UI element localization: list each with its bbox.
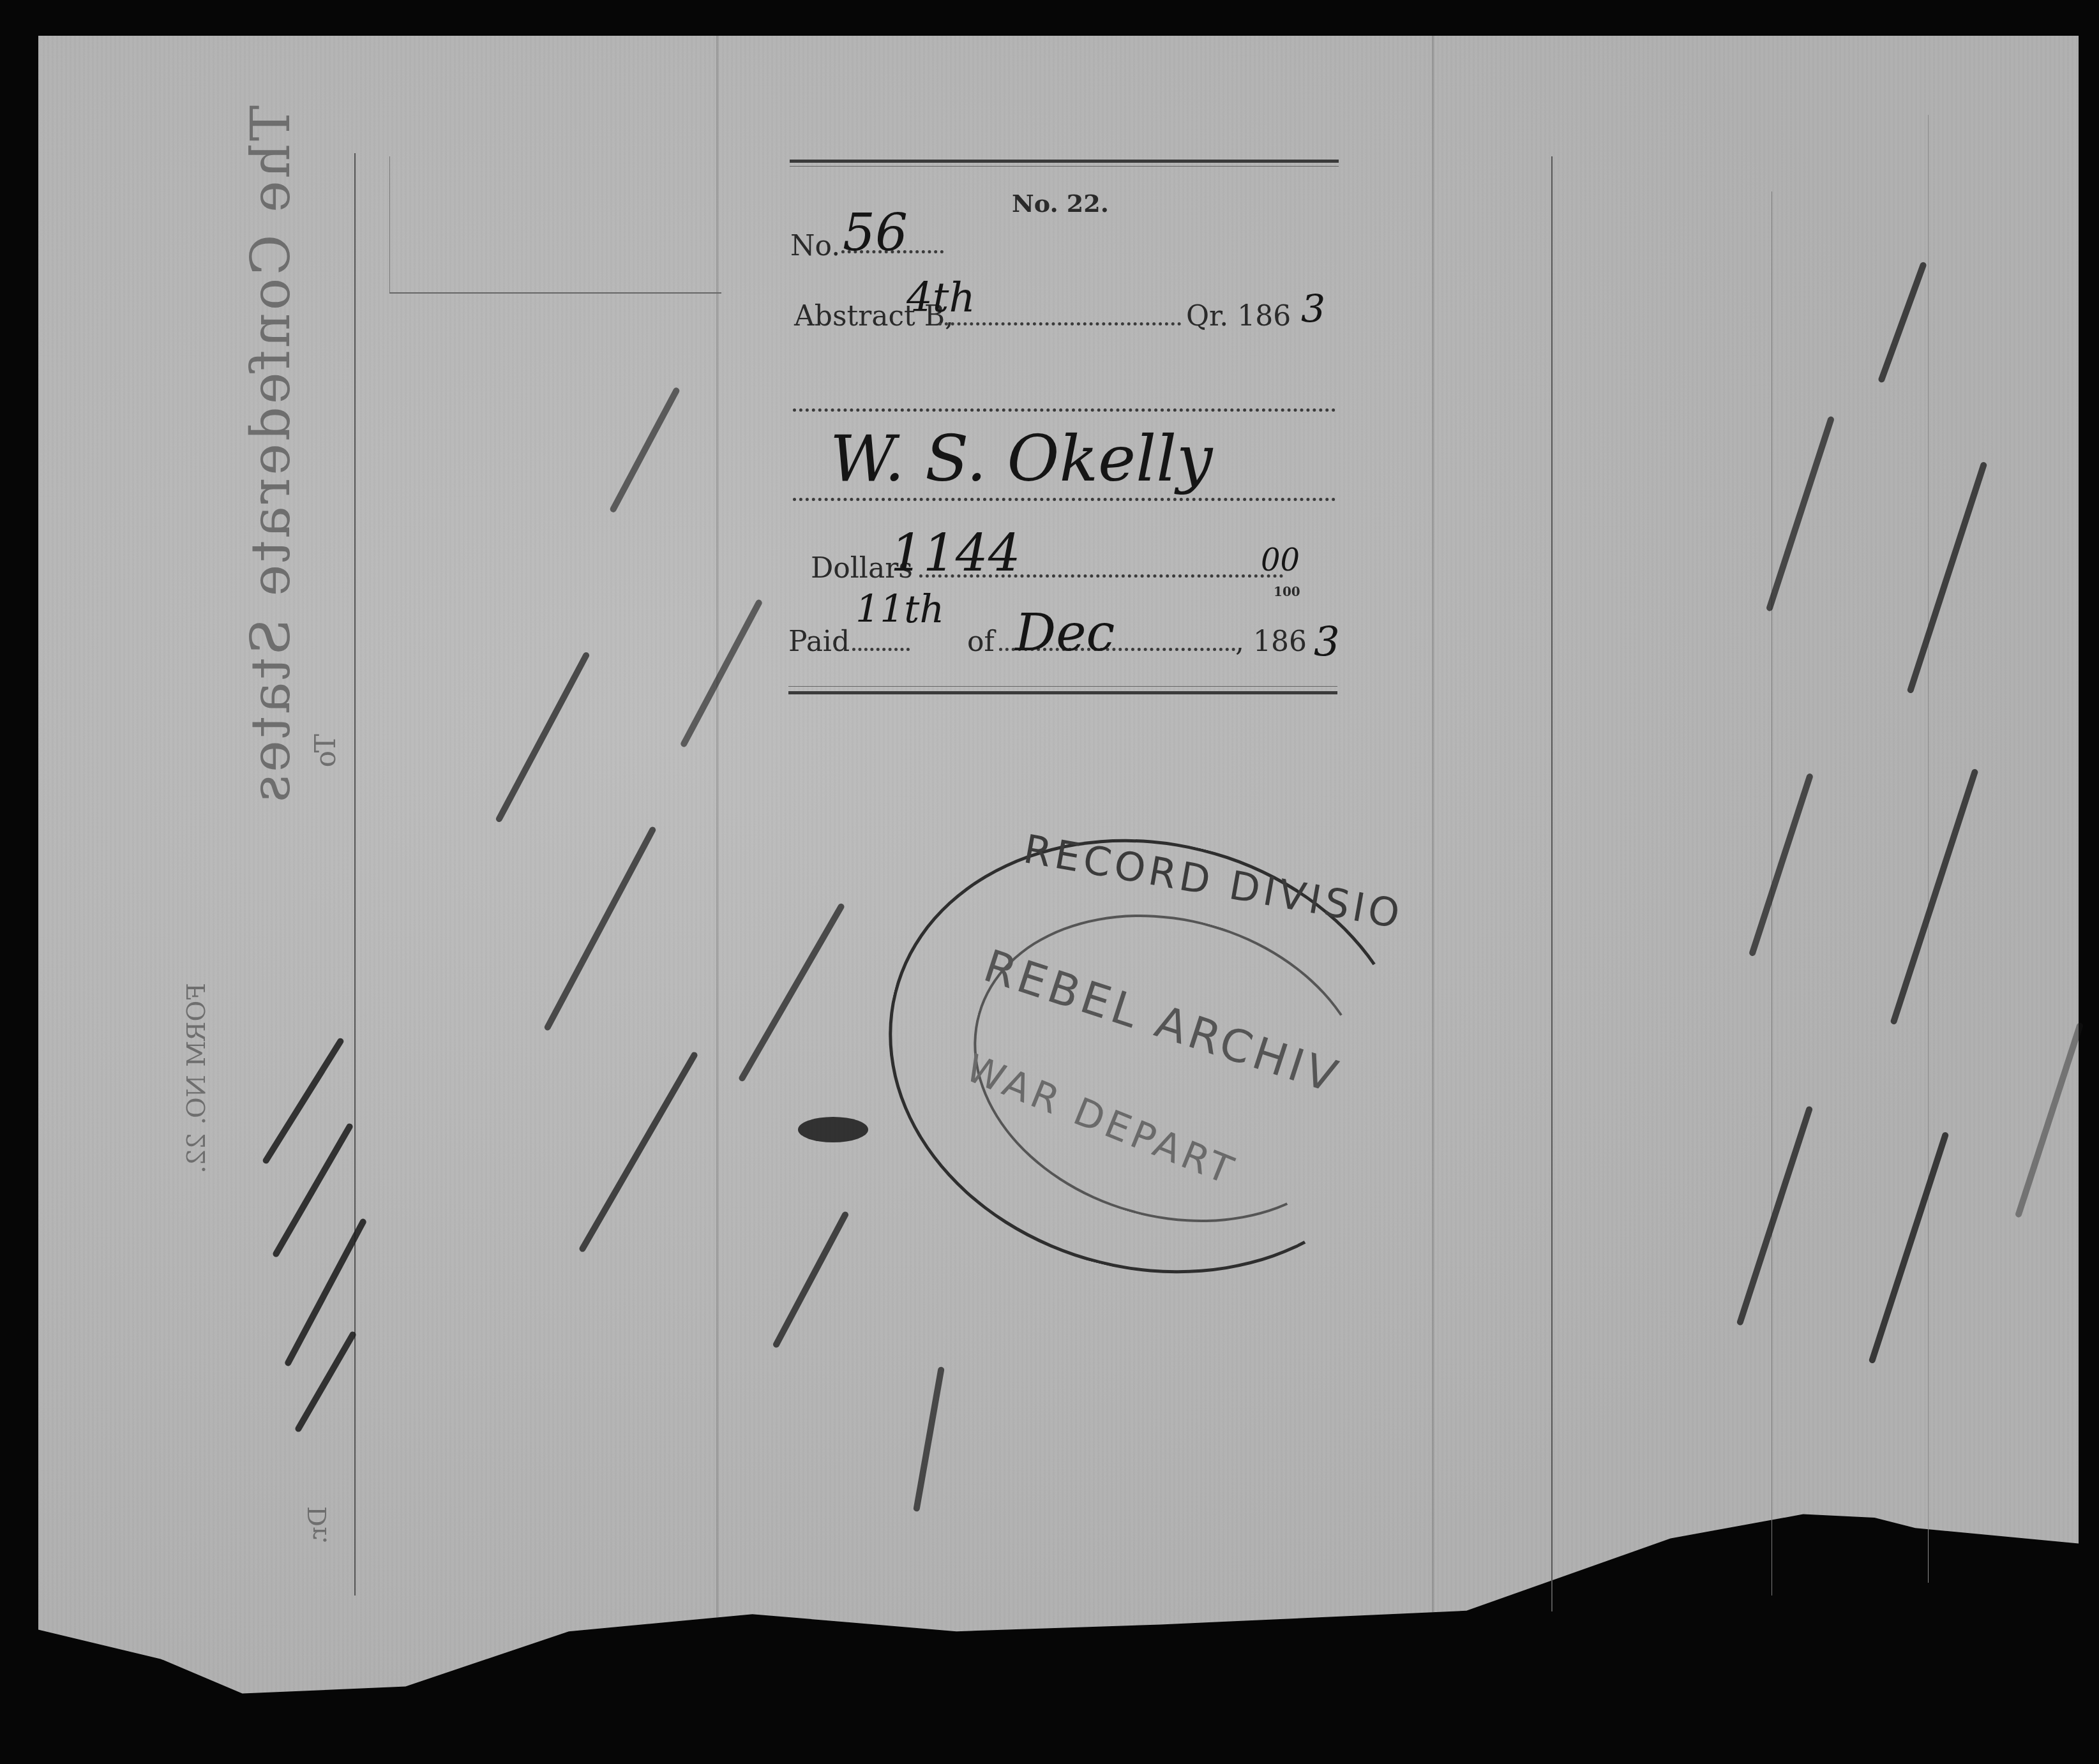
docket-top-rule (790, 160, 1339, 163)
right-panel-border (1551, 156, 1553, 1611)
paid-day-dots (852, 648, 910, 651)
quarter-value: 4th (907, 274, 975, 322)
of-label: of (967, 625, 995, 658)
quarter-year-suffix: 3 (1301, 287, 1325, 332)
to-label: To (310, 734, 342, 767)
fold-line-right (1432, 36, 1434, 1759)
cents-denominator: 100 (1274, 584, 1300, 599)
paid-year-label: , 186 (1235, 625, 1307, 658)
paid-month: Dec (1015, 603, 1115, 662)
paid-label: Paid (788, 625, 850, 658)
docket-top-rule-thin (790, 166, 1339, 167)
form-number: No. 22. (1012, 189, 1109, 218)
dollars-value: 1144 (891, 523, 1021, 583)
left-panel-border (354, 153, 356, 1596)
voucher-no-label: No. (790, 230, 840, 262)
docket-bottom-rule-thin (788, 686, 1337, 687)
dr-label: Dr. (303, 1506, 333, 1544)
abstract-dots (938, 322, 1181, 325)
payee-line-top (793, 408, 1335, 412)
left-box-rule (389, 292, 721, 294)
paid-year-suffix: 3 (1314, 619, 1340, 666)
cents-value: 00 (1261, 542, 1300, 578)
left-panel-title: The Confederate States (239, 105, 302, 805)
voucher-no-value: 56 (843, 203, 908, 262)
payee-line-bottom (793, 498, 1335, 501)
fold-line-left (716, 36, 719, 1759)
ink-blot (798, 1117, 868, 1142)
form-number-label: FORM NO. 22. (182, 983, 211, 1174)
docket-bottom-rule (788, 691, 1337, 694)
quarter-label: Qr. 186 (1186, 300, 1291, 333)
right-panel-dotted-line (1928, 115, 1929, 1583)
payee-name: W. S. Okelly (830, 421, 1213, 496)
paid-day: 11th (855, 587, 944, 632)
left-box-line (389, 156, 390, 294)
